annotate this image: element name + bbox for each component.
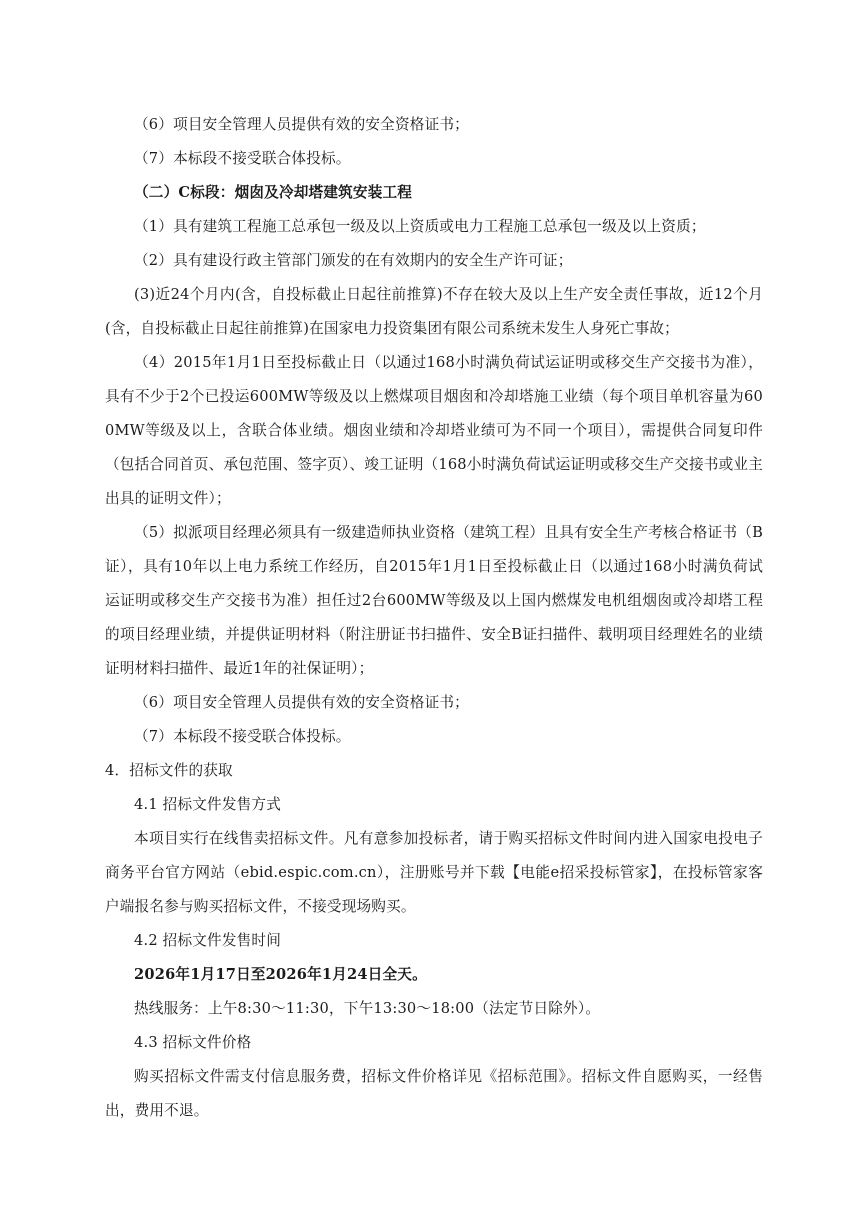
section-4-3-heading: 4.3 招标文件价格: [105, 1026, 763, 1060]
section-4-1-body: 本项目实行在线售卖招标文件。凡有意参加投标者，请于购买招标文件时间内进入国家电投…: [105, 822, 763, 924]
section-4-2-hotline: 热线服务：上午8:30～11:30，下午13:30～18:00（法定节日除外）。: [105, 992, 763, 1026]
c-item-3: (3)近24个月内(含，自投标截止日起往前推算)不存在较大及以上生产安全责任事故…: [105, 278, 763, 346]
c-item-4: （4）2015年1月1日至投标截止日（以通过168小时满负荷试运证明或移交生产交…: [105, 346, 763, 516]
c-item-1: （1）具有建筑工程施工总承包一级及以上资质或电力工程施工总承包一级及以上资质；: [105, 210, 763, 244]
c-item-5: （5）拟派项目经理必须具有一级建造师执业资格（建筑工程）且具有安全生产考核合格证…: [105, 516, 763, 686]
section-4-2-heading: 4.2 招标文件发售时间: [105, 924, 763, 958]
c-item-6: （6）项目安全管理人员提供有效的安全资格证书；: [105, 686, 763, 720]
section-4-1-heading: 4.1 招标文件发售方式: [105, 788, 763, 822]
b-item-7: （7）本标段不接受联合体投标。: [105, 142, 763, 176]
c-item-2: （2）具有建设行政主管部门颁发的在有效期内的安全生产许可证；: [105, 244, 763, 278]
document-page: （6）项目安全管理人员提供有效的安全资格证书； （7）本标段不接受联合体投标。 …: [105, 108, 763, 1128]
section-4-3-body: 购买招标文件需支付信息服务费，招标文件价格详见《招标范围》。招标文件自愿购买，一…: [105, 1060, 763, 1128]
section-4-heading: 4．招标文件的获取: [105, 754, 763, 788]
section-4-2-dates: 2026年1月17日至2026年1月24日全天。: [105, 958, 763, 992]
section-c-heading: （二）C标段：烟囱及冷却塔建筑安装工程: [105, 176, 763, 210]
c-item-7: （7）本标段不接受联合体投标。: [105, 720, 763, 754]
b-item-6: （6）项目安全管理人员提供有效的安全资格证书；: [105, 108, 763, 142]
